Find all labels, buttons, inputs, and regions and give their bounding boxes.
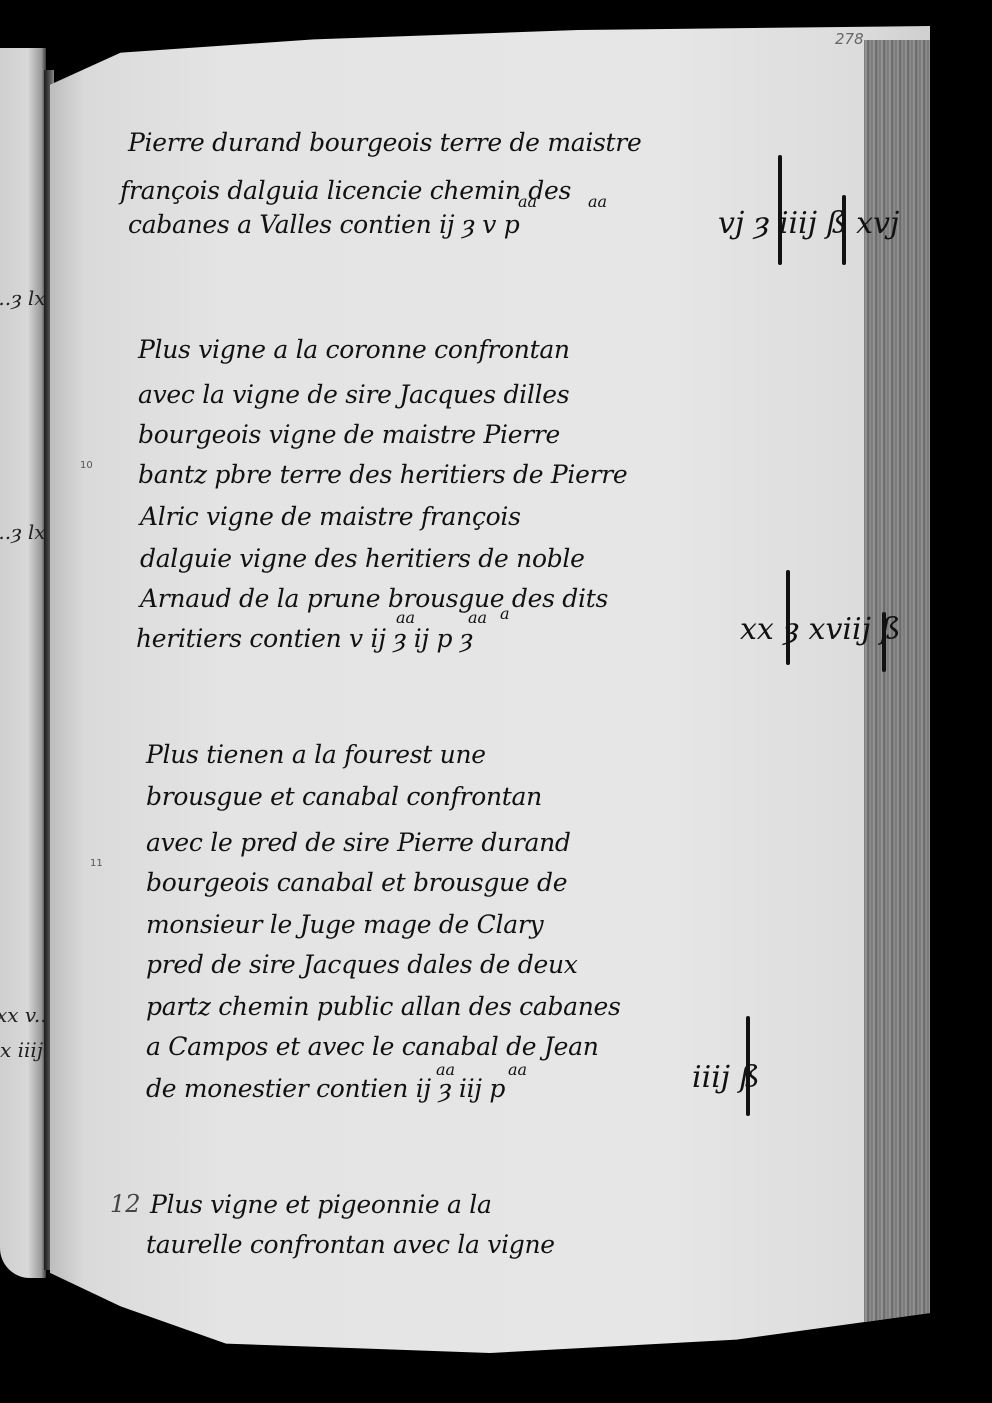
entry-line: a Campos et avec le canabal de Jean xyxy=(146,1032,599,1061)
amount-superscript: aa xyxy=(396,608,415,627)
entry-line: bantz pbre terre des heritiers de Pierre xyxy=(138,460,627,489)
entry-line: Plus vigne a la coronne confrontan xyxy=(138,335,570,364)
entry-line: avec le pred de sire Pierre durand xyxy=(146,828,571,857)
long-s-flourish xyxy=(778,155,782,265)
long-s-flourish xyxy=(882,612,886,672)
entry-line: dalguie vigne des heritiers de noble xyxy=(140,544,585,573)
margin-sum: xx ȝ xviij ß xyxy=(740,612,901,647)
entry-line: Alric vigne de maistre françois xyxy=(140,502,521,531)
amount-superscript: aa xyxy=(436,1060,455,1079)
left-page-margin-note: ...ȝ lx xyxy=(0,286,46,310)
folio-number: 278 xyxy=(835,30,864,48)
entry-line: Plus tienen a la fourest une xyxy=(146,740,486,769)
left-facing-page: ...ȝ lx ...ȝ lx xx v... x iiij... xyxy=(0,48,46,1278)
entry-line: monsieur le Juge mage de Clary xyxy=(146,910,543,939)
long-s-flourish xyxy=(786,570,790,665)
entry-line: cabanes a Valles contien ij ȝ v p xyxy=(128,210,519,239)
margin-sum: vj ȝ iiij ß xvj xyxy=(718,206,899,241)
entry-line: avec la vigne de sire Jacques dilles xyxy=(138,380,569,409)
long-s-flourish xyxy=(842,195,846,265)
amount-superscript: aa xyxy=(468,608,487,627)
entry-line: pred de sire Jacques dales de deux xyxy=(146,950,578,979)
left-page-margin-note: ...ȝ lx xyxy=(0,520,46,544)
amount-superscript: a xyxy=(500,604,510,623)
amount-superscript: aa xyxy=(518,192,537,211)
long-s-flourish xyxy=(746,1016,750,1116)
amount-superscript: aa xyxy=(508,1060,527,1079)
entry-line: brousgue et canabal confrontan xyxy=(146,782,542,811)
amount-superscript: aa xyxy=(588,192,607,211)
entry-line: Arnaud de la prune brousgue des dits xyxy=(140,584,608,613)
entry-line: bourgeois canabal et brousgue de xyxy=(146,868,567,897)
line-marker: 10 xyxy=(80,460,93,471)
entry-number: 12 xyxy=(110,1190,141,1218)
entry-line: bourgeois vigne de maistre Pierre xyxy=(138,420,560,449)
line-marker: 11 xyxy=(90,858,103,869)
entry-line: taurelle confrontan avec la vigne xyxy=(146,1230,555,1259)
entry-line: Plus vigne et pigeonnie a la xyxy=(150,1190,492,1219)
entry-line: heritiers contien v ij ȝ ij p ȝ xyxy=(136,624,473,653)
entry-line: partz chemin public allan des cabanes xyxy=(146,992,621,1021)
entry-line: françois dalguia licencie chemin des xyxy=(120,176,571,205)
entry-line: Pierre durand bourgeois terre de maistre xyxy=(128,128,641,157)
